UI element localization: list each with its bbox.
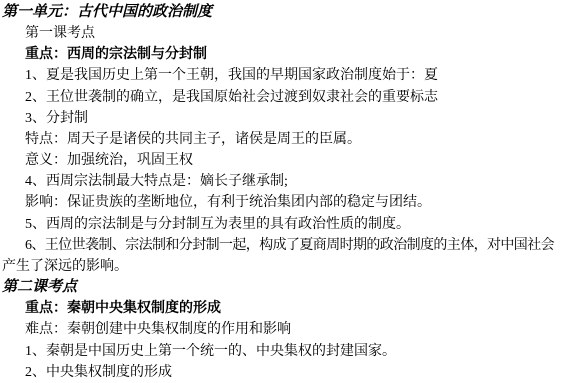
- content-line-1: 1、夏是我国历史上第一个王朝，我国的早期国家政治制度始于：夏: [0, 65, 566, 86]
- feature-line: 特点：周天子是诸侯的共同主子，诸侯是周王的臣属。: [0, 129, 566, 150]
- document-page: 第一单元：古代中国的政治制度 第一课考点 重点：西周的宗法制与分封制 1、夏是我…: [0, 0, 566, 383]
- significance-line: 意义：加强统治，巩固王权: [0, 150, 566, 171]
- content-line-2: 2、王位世袭制的确立，是我国原始社会过渡到奴隶社会的重要标志: [0, 87, 566, 108]
- content-line-4: 4、西周宗法制最大特点是：嫡长子继承制;: [0, 171, 566, 192]
- unit1-title: 第一单元：古代中国的政治制度: [0, 2, 566, 23]
- content-line-7: 1、秦朝是中国历史上第一个统一的、中央集权的封建国家。: [0, 341, 566, 362]
- content-line-6-wrap: 产生了深远的影响。: [0, 256, 566, 277]
- influence-line: 影响：保证贵族的垄断地位，有利于统治集团内部的稳定与团结。: [0, 192, 566, 213]
- lesson1-heading: 第一课考点: [0, 23, 566, 44]
- lesson2-heading: 第二课考点: [0, 277, 566, 298]
- lesson2-keypoint-heading: 重点：秦朝中央集权制度的形成: [0, 298, 566, 319]
- content-line-3: 3、分封制: [0, 108, 566, 129]
- difficulty-line: 难点：秦朝创建中央集权制度的作用和影响: [0, 319, 566, 340]
- content-line-5: 5、西周的宗法制是与分封制互为表里的具有政治性质的制度。: [0, 214, 566, 235]
- content-line-8: 2、中央集权制度的形成: [0, 362, 566, 383]
- lesson1-keypoint-heading: 重点：西周的宗法制与分封制: [0, 44, 566, 65]
- content-line-6: 6、王位世袭制、宗法制和分封制一起，构成了夏商周时期的政治制度的主体，对中国社会: [0, 235, 566, 256]
